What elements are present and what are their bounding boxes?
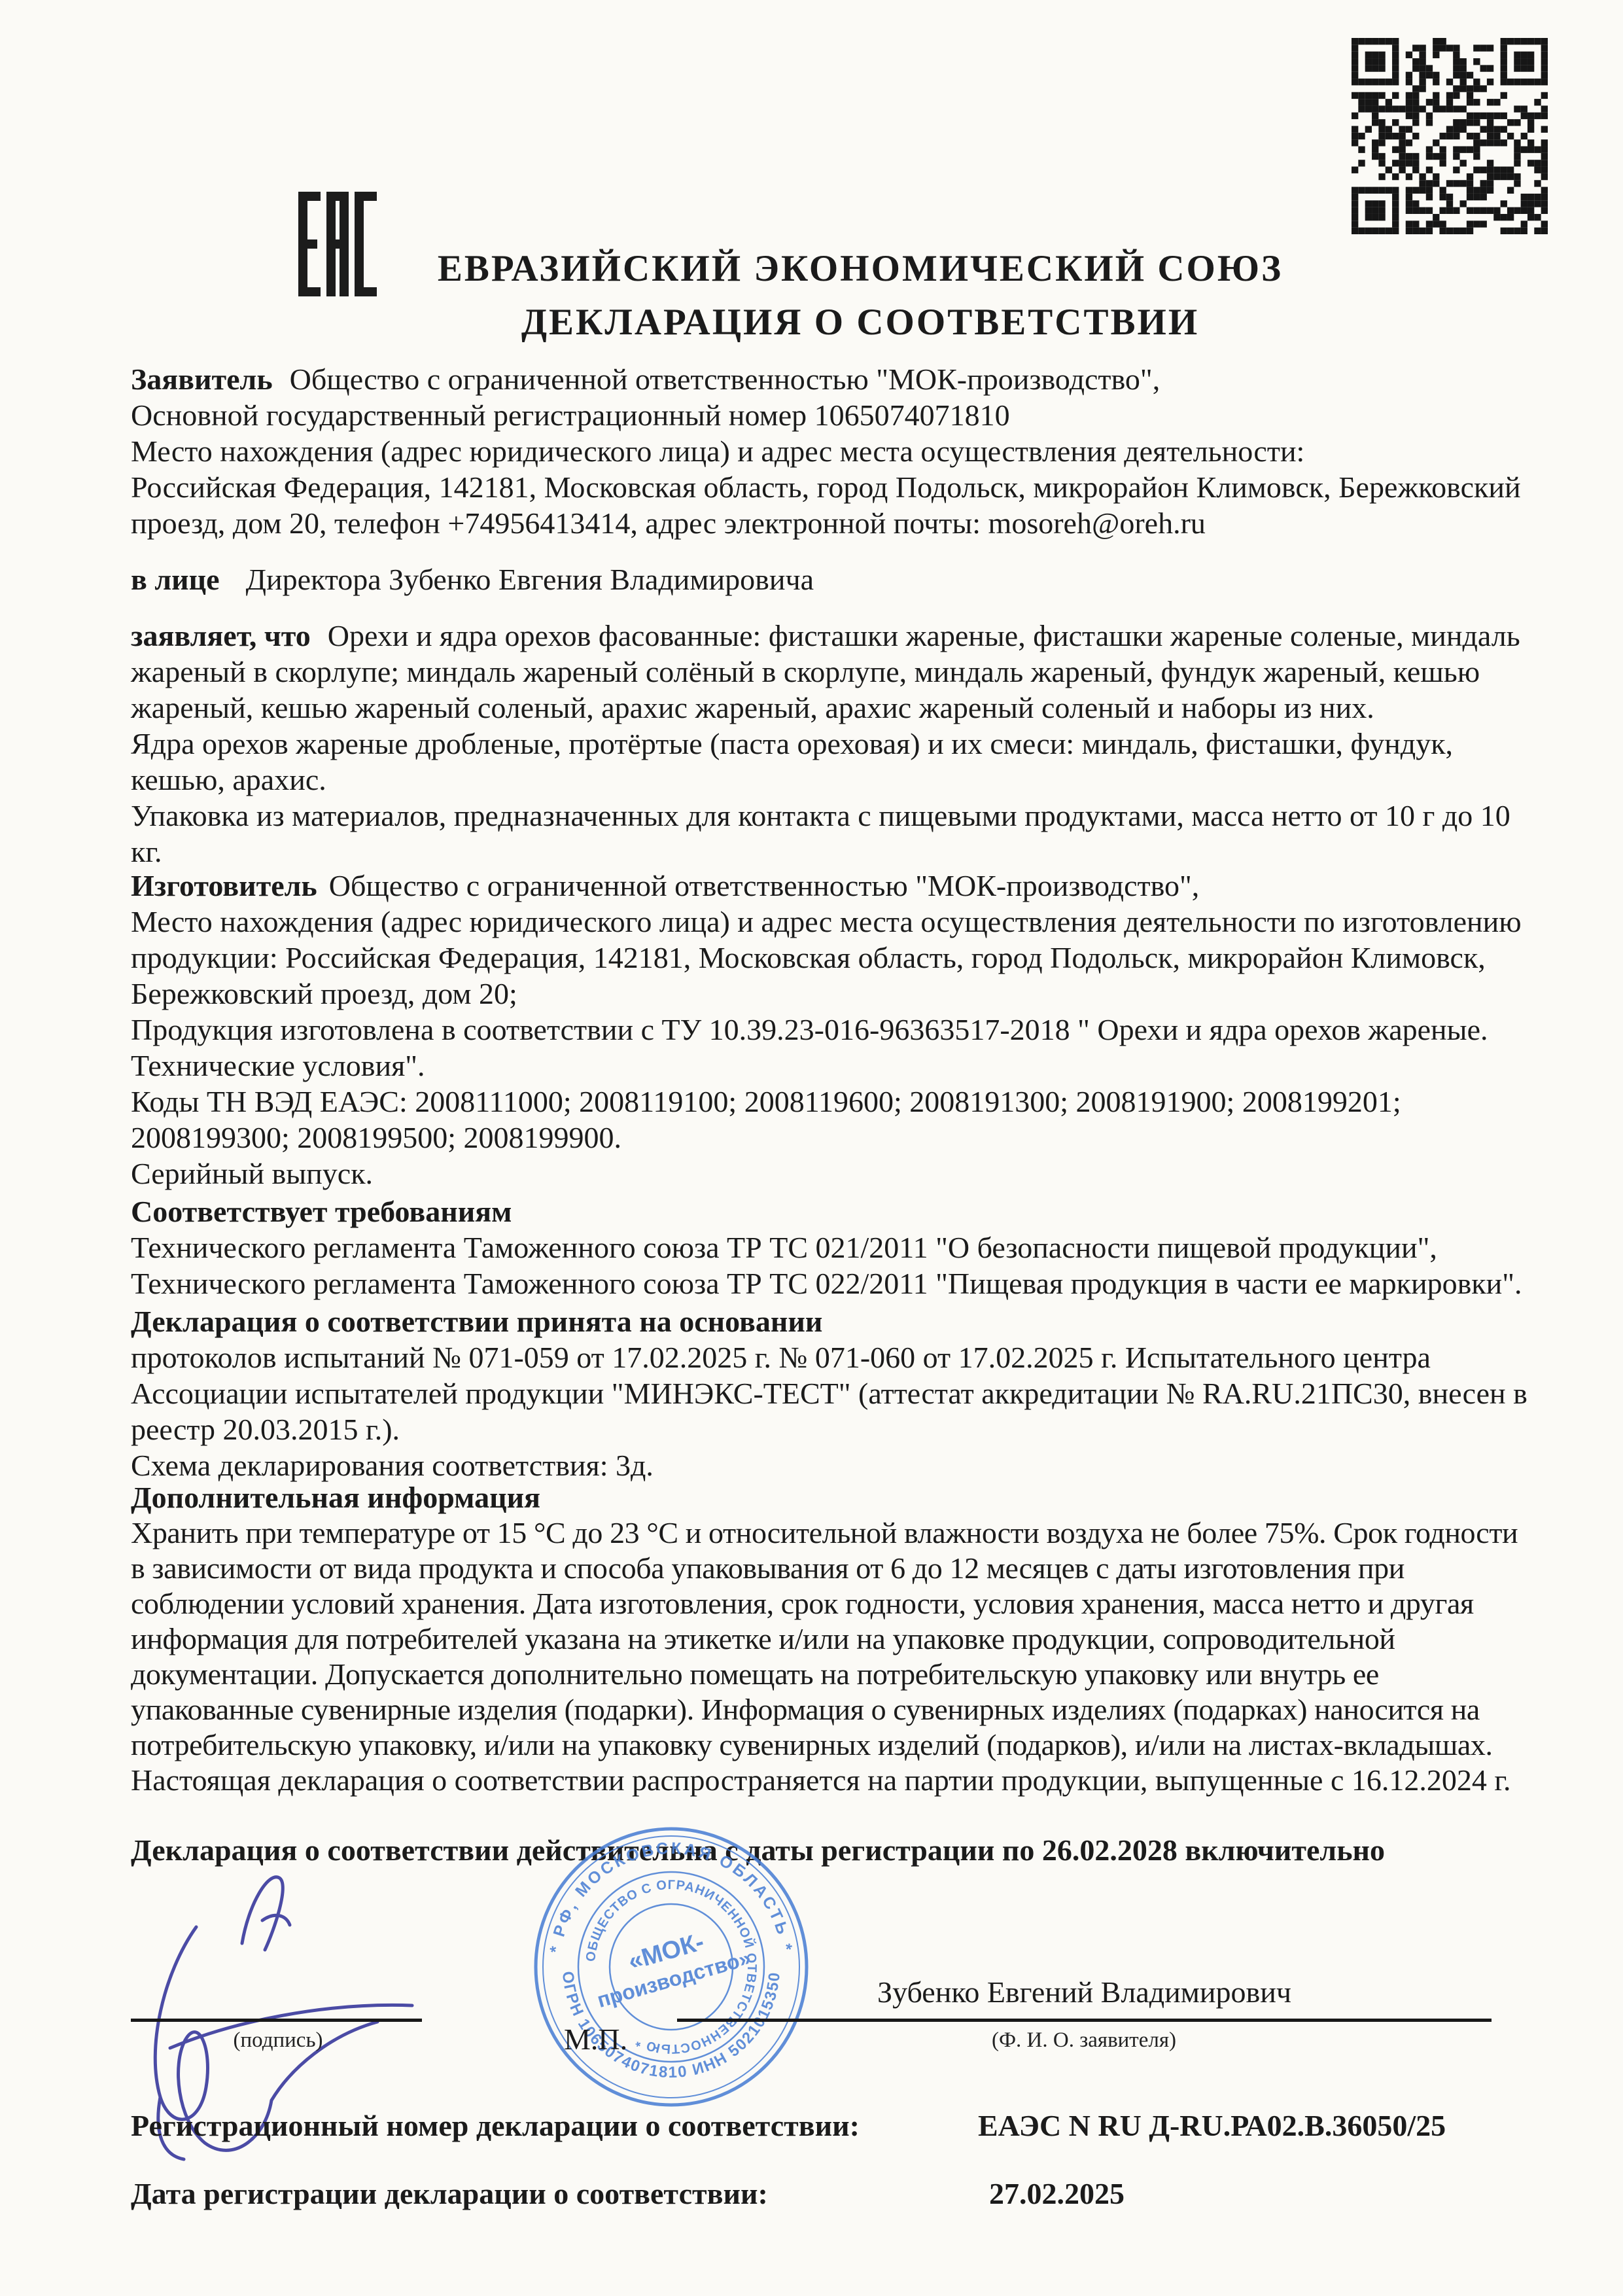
declares-products-line: заявляет, чтоОрехи и ядра орехов фасован… [131,618,1528,726]
signature-caption: (подпись) [203,2028,353,2053]
compliance-section: Соответствует требованиям Технического р… [131,1193,1528,1301]
applicant-fio-name: Зубенко Евгений Владимирович [677,1975,1492,2009]
registration-number-label: Регистрационный номер декларации о соотв… [131,2108,860,2143]
additional-section: Дополнительная информация Хранить при те… [131,1480,1528,1798]
eac-mark-graphic [298,192,377,296]
manufacturer-label: Изготовитель [131,869,317,902]
eac-mark-icon: EAC [298,192,377,300]
registration-date-value: 27.02.2025 [989,2176,1125,2211]
basis-protocols: протоколов испытаний № 071-059 от 17.02.… [131,1339,1528,1447]
manufacturer-paragraph: ИзготовительОбщество с ограниченной отве… [131,868,1528,1192]
compliance-heading: Соответствует требованиям [131,1193,1528,1229]
manufacturer-codes: Коды ТН ВЭД ЕАЭС: 2008111000; 2008119100… [131,1084,1528,1156]
manufacturer-name: Общество с ограниченной ответственностью… [329,869,1200,902]
declares-kernels: Ядра орехов жареные дробленые, протёртые… [131,726,1528,798]
fio-caption: (Ф. И. О. заявителя) [937,2028,1231,2053]
compliance-reg2: Технического регламента Таможенного союз… [131,1265,1528,1301]
person-text: Директора Зубенко Евгения Владимировича [246,563,814,596]
person-label: в лице [131,563,220,596]
declares-products: Орехи и ядра орехов фасованные: фисташки… [131,619,1520,724]
declares-paragraph: заявляет, чтоОрехи и ядра орехов фасован… [131,618,1528,870]
registration-date-label: Дата регистрации декларации о соответств… [131,2176,768,2211]
manufacturer-tu: Продукция изготовлена в соответствии с Т… [131,1012,1528,1084]
applicant-paragraph: ЗаявительОбщество с ограниченной ответст… [131,361,1528,541]
applicant-address: Российская Федерация, 142181, Московская… [131,469,1528,541]
basis-heading: Декларация о соответствии принята на осн… [131,1303,1528,1339]
page-title-union: ЕВРАЗИЙСКИЙ ЭКОНОМИЧЕСКИЙ СОЮЗ [366,247,1354,290]
declares-packaging: Упаковка из материалов, предназначенных … [131,798,1528,870]
compliance-reg1: Технического регламента Таможенного союз… [131,1229,1528,1265]
qr-code-graphic [1352,38,1548,234]
signature-line [131,2019,422,2022]
manufacturer-serial: Серийный выпуск. [131,1156,1528,1192]
fio-line [677,2019,1492,2022]
additional-storage: Хранить при температуре от 15 °С до 23 °… [131,1515,1528,1763]
additional-heading: Дополнительная информация [131,1480,1528,1515]
company-stamp: * РФ, МОСКОВСКАЯ ОБЛАСТЬ * ОГРН 10650740… [527,1820,815,2113]
page-title-declaration: ДЕКЛАРАЦИЯ О СООТВЕТСТВИИ [366,301,1354,344]
basis-scheme: Схема декларирования соответствия: 3д. [131,1447,1528,1483]
applicant-name: Общество с ограниченной ответственностью… [290,362,1161,396]
applicant-label: Заявитель [131,362,273,396]
qr-code-icon [1352,38,1548,238]
manufacturer-address: Место нахождения (адрес юридического лиц… [131,904,1528,1012]
applicant-ogrn: Основной государственный регистрационный… [131,397,1528,433]
declaration-document-page: EAC ЕВРАЗИЙСКИЙ ЭКОНОМИЧЕСКИЙ СОЮЗ ДЕКЛА… [0,0,1623,2296]
manufacturer-first-line: ИзготовительОбщество с ограниченной отве… [131,868,1528,904]
declares-label: заявляет, что [131,619,311,652]
additional-batches: Настоящая декларация о соответствии расп… [131,1763,1528,1798]
person-line: в лицеДиректора Зубенко Евгения Владимир… [131,561,1528,597]
registration-number-value: ЕАЭС N RU Д-RU.РА02.В.36050/25 [978,2108,1446,2143]
stamp-place-abbr: М.П. [564,2022,627,2057]
applicant-address-intro: Место нахождения (адрес юридического лиц… [131,433,1528,469]
applicant-first-line: ЗаявительОбщество с ограниченной ответст… [131,361,1528,397]
basis-section: Декларация о соответствии принята на осн… [131,1303,1528,1483]
